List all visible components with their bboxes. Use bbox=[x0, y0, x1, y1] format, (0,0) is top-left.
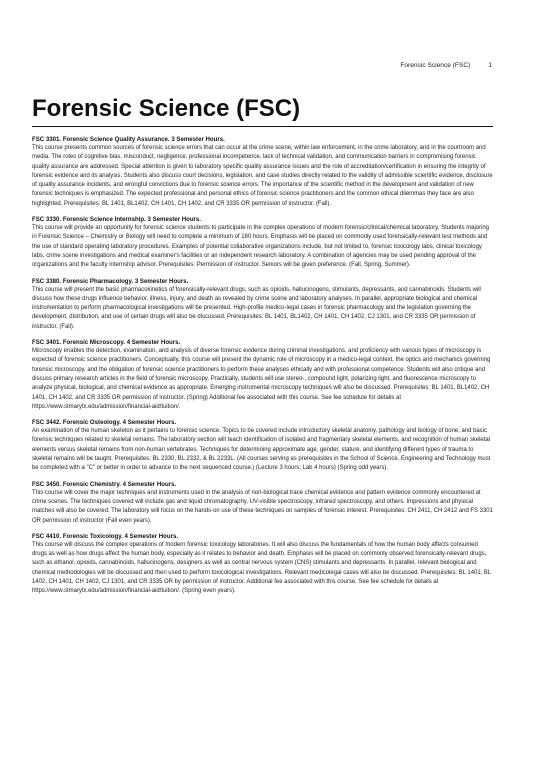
course-entry: FSC 3401. Forensic Microscopy. 4 Semeste… bbox=[32, 338, 493, 412]
course-description: This course will discuss the complex ope… bbox=[32, 541, 493, 597]
course-entry: FSC 4410. Forensic Toxicology. 4 Semeste… bbox=[32, 532, 493, 597]
course-title: FSC 3401. Forensic Microscopy. 4 Semeste… bbox=[32, 338, 493, 347]
document-body: Forensic Science (FSC) FSC 3301. Forensi… bbox=[32, 96, 493, 597]
course-title: FSC 3380. Forensic Pharmacology. 3 Semes… bbox=[32, 277, 493, 286]
course-title: FSC 3442. Forensic Osteology. 4 Semester… bbox=[32, 418, 493, 427]
course-description: This course will present the basic pharm… bbox=[32, 286, 493, 332]
course-entry: FSC 3330. Forensic Science Internship. 3… bbox=[32, 215, 493, 270]
course-title: FSC 3301. Forensic Science Quality Assur… bbox=[32, 135, 493, 144]
course-description: Microscopy enables the detection, examin… bbox=[32, 347, 493, 412]
course-entry: FSC 3450. Forensic Chemistry. 4 Semester… bbox=[32, 480, 493, 526]
page-title: Forensic Science (FSC) bbox=[32, 96, 493, 127]
page-number: 1 bbox=[488, 62, 492, 69]
course-description: This course will cover the major techniq… bbox=[32, 489, 493, 526]
course-title: FSC 3330. Forensic Science Internship. 3… bbox=[32, 215, 493, 224]
course-entry: FSC 3380. Forensic Pharmacology. 3 Semes… bbox=[32, 277, 493, 332]
course-entry: FSC 3442. Forensic Osteology. 4 Semester… bbox=[32, 418, 493, 473]
course-entry: FSC 3301. Forensic Science Quality Assur… bbox=[32, 135, 493, 209]
course-description: This course will provide an opportunity … bbox=[32, 224, 493, 270]
course-description: This course presents common sources of f… bbox=[32, 144, 493, 209]
course-title: FSC 4410. Forensic Toxicology. 4 Semeste… bbox=[32, 532, 493, 541]
course-title: FSC 3450. Forensic Chemistry. 4 Semester… bbox=[32, 480, 493, 489]
running-title: Forensic Science (FSC) bbox=[400, 62, 470, 69]
running-header: Forensic Science (FSC) 1 bbox=[400, 62, 492, 69]
course-description: An examination of the human skeleton as … bbox=[32, 427, 493, 473]
